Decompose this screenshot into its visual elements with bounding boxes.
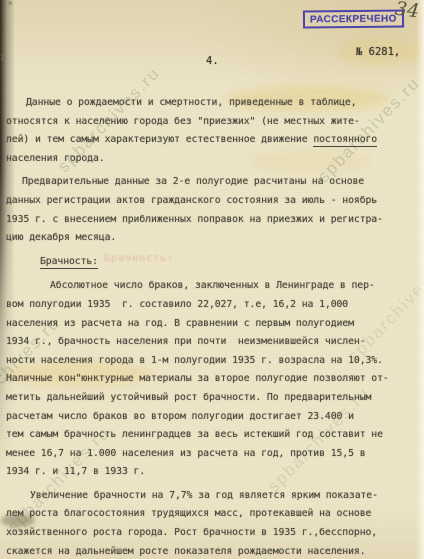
- paragraph-p4: Увеличение брачности на 7,7% за год явля…: [6, 487, 424, 559]
- text-line: Увеличение брачности на 7,7% за год явля…: [6, 487, 424, 506]
- text-segment: населения города.: [6, 153, 105, 164]
- paragraph-p1: Данные о рождаемости и смертности, приве…: [6, 94, 424, 168]
- pencil-mark: *: [8, 1, 13, 11]
- underlined-text: постоянного: [313, 134, 377, 147]
- paragraph-p2: Предварительные данные за 2-е полугодие …: [6, 173, 424, 247]
- text-segment: населения из расчета на год. В сравнении…: [6, 318, 354, 329]
- text-line: 1935 г. с внесением приближенных поправо…: [6, 211, 424, 230]
- text-line: вом полугодии 1935 г. составило 22,027, …: [6, 296, 424, 315]
- text-segment: вом полугодии 1935 г. составило 22,027, …: [6, 299, 348, 310]
- text-segment: относятся к населению города без "приезж…: [6, 116, 360, 127]
- text-segment: менее 16,7 на 1.000 населения из расчета…: [6, 448, 366, 459]
- text-line: цию декабря месяца.: [6, 229, 424, 248]
- text-line: менее 16,7 на 1.000 населения из расчета…: [6, 445, 424, 464]
- paragraph-heading: Брачность:: [6, 253, 424, 272]
- text-segment: цию декабря месяца.: [6, 232, 116, 243]
- document-body: Данные о рождаемости и смертности, приве…: [6, 94, 424, 559]
- text-segment: скажется на дальнейшем росте показателя …: [6, 546, 366, 557]
- text-line: хозяйственного роста города. Рост брачно…: [6, 524, 424, 543]
- text-line: расчетам число браков во втором полугоди…: [6, 408, 424, 427]
- text-line: Брачность:: [6, 253, 424, 272]
- text-segment: тем самым брачность ленинградцев за весь…: [6, 429, 383, 440]
- text-segment: Увеличение брачности на 7,7% за год явля…: [30, 490, 378, 501]
- text-segment: лей) и тем самым характеризуют естествен…: [6, 134, 313, 145]
- text-line: населения города.: [6, 150, 424, 169]
- page-number: 4.: [206, 55, 219, 67]
- text-segment: расчетам число браков во втором полугоди…: [6, 411, 354, 422]
- text-line: лем роста благосостояния трудящихся масс…: [6, 505, 424, 524]
- text-segment: 1935 г. с внесением приближенных поправо…: [6, 214, 383, 225]
- text-line: 1934 г. и 11,7 в 1933 г.: [6, 463, 424, 482]
- text-line: Абсолютное число браков, заключенных в Л…: [6, 277, 424, 296]
- text-line: населения из расчета на год. В сравнении…: [6, 315, 424, 334]
- text-segment: Наличные кон"юнктурные материалы за втор…: [6, 373, 389, 384]
- text-line: относятся к населению города без "приезж…: [6, 113, 424, 132]
- ink-smudge: [1, 514, 35, 527]
- text-line: тем самым брачность ленинградцев за весь…: [6, 426, 424, 445]
- text-segment: хозяйственного роста города. Рост брачно…: [6, 527, 377, 538]
- text-segment: Предварительные данные за 2-е полугодие …: [22, 176, 364, 187]
- text-segment: 1934 г., брачность населения при почти н…: [6, 336, 366, 347]
- text-line: Предварительные данные за 2-е полугодие …: [6, 173, 424, 192]
- text-line: Наличные кон"юнктурные материалы за втор…: [6, 370, 424, 389]
- text-line: лей) и тем самым характеризуют естествен…: [6, 131, 424, 150]
- text-segment: метить дальнейший устойчивый рост брачно…: [6, 392, 371, 403]
- handwritten-page-number: 34: [394, 0, 421, 22]
- text-line: 1934 г., брачность населения при почти н…: [6, 333, 424, 352]
- underlined-text: Брачность:: [40, 256, 98, 269]
- text-line: ности населения города в 1-м полугодии 1…: [6, 352, 424, 371]
- text-segment: лем роста благосостояния трудящихся масс…: [6, 508, 371, 519]
- declassified-stamp: РАССЕКРЕЧЕНО: [303, 9, 404, 28]
- text-segment: ности населения города в 1-м полугодии 1…: [6, 355, 383, 366]
- text-line: скажется на дальнейшем росте показателя …: [6, 543, 424, 559]
- text-segment: Абсолютное число браков, заключенных в Л…: [50, 280, 375, 291]
- text-line: метить дальнейший устойчивый рост брачно…: [6, 389, 424, 408]
- paragraph-p3: Абсолютное число браков, заключенных в Л…: [6, 277, 424, 482]
- scanned-document-page: spbarchives.ru spbarchives.ru spbarchive…: [0, 0, 424, 559]
- text-line: данных регистрации актов гражданского со…: [6, 192, 424, 211]
- text-segment: данных регистрации актов гражданского со…: [6, 195, 377, 206]
- text-line: Данные о рождаемости и смертности, приве…: [6, 94, 424, 113]
- document-number: № 6281,: [356, 46, 400, 58]
- text-segment: Данные о рождаемости и смертности, приве…: [26, 97, 357, 108]
- text-segment: 1934 г. и 11,7 в 1933 г.: [6, 466, 145, 477]
